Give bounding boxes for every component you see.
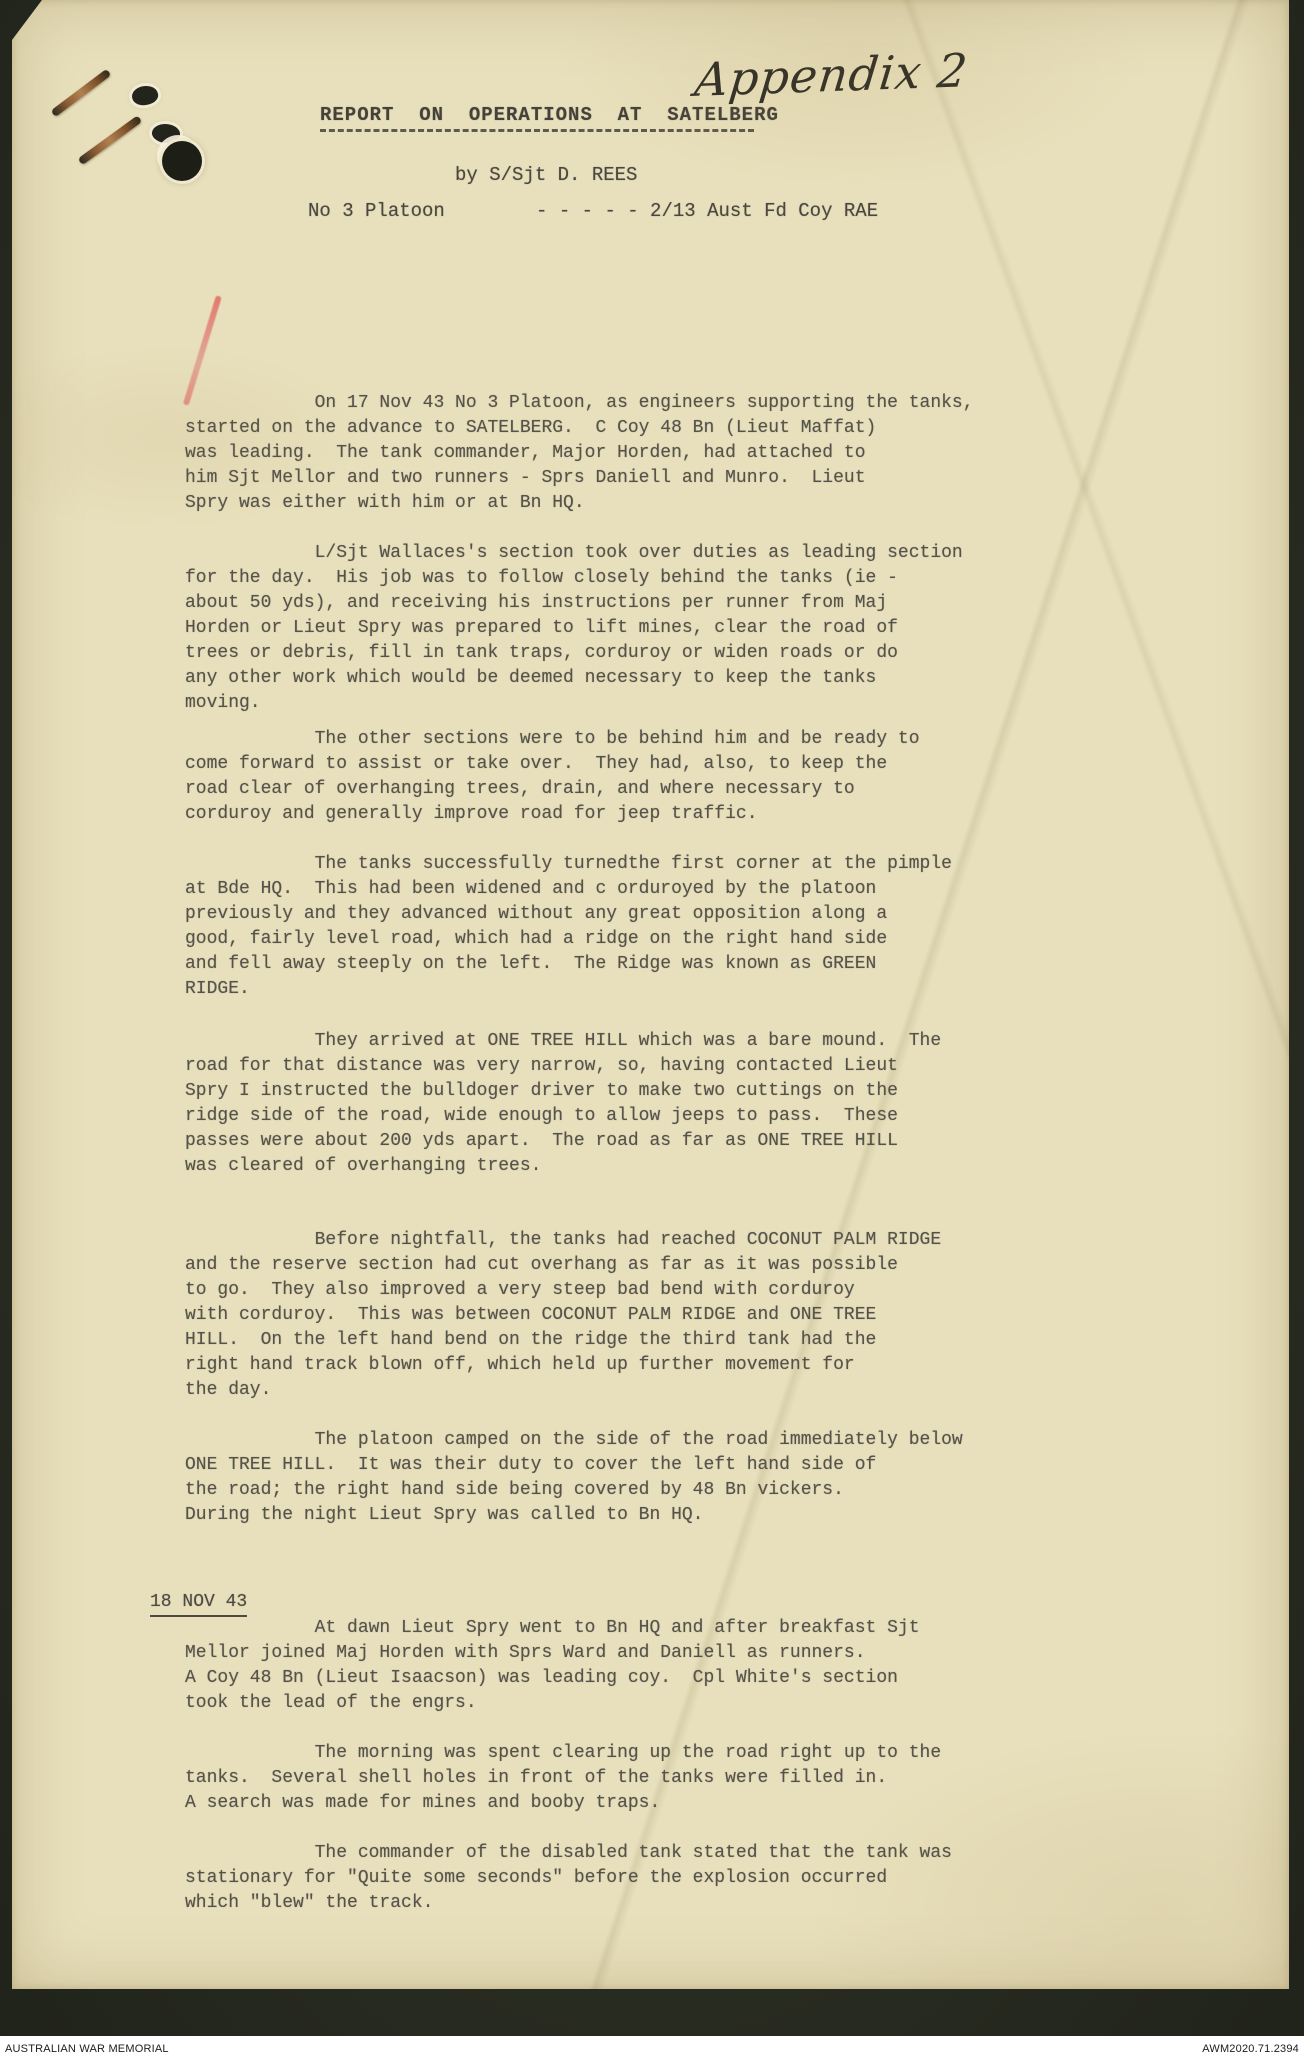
appendix-annotation: Appendix 2	[692, 43, 970, 107]
scan-background: Appendix 2 REPORT ON OPERATIONS AT SATEL…	[0, 0, 1304, 2061]
title-underline	[320, 129, 754, 132]
paragraph-9: The morning was spent clearing up the ro…	[185, 1741, 941, 1816]
paragraph-8: At dawn Lieut Spry went to Bn HQ and aft…	[185, 1616, 920, 1716]
paragraph-1: On 17 Nov 43 No 3 Platoon, as engineers …	[185, 391, 974, 516]
report-byline: by S/Sjt D. REES	[455, 164, 637, 186]
catalog-number: AWM2020.71.2394	[1202, 2043, 1299, 2055]
paragraph-4: The tanks successfully turnedthe first c…	[185, 852, 952, 1002]
archive-footer: AUSTRALIAN WAR MEMORIAL AWM2020.71.2394	[0, 2036, 1304, 2061]
report-unit-line: No 3 Platoon - - - - - 2/13 Aust Fd Coy …	[308, 200, 878, 222]
paragraph-10: The commander of the disabled tank state…	[185, 1841, 952, 1916]
paragraph-6: Before nightfall, the tanks had reached …	[185, 1228, 941, 1403]
paragraph-5: They arrived at ONE TREE HILL which was …	[185, 1029, 941, 1179]
paragraph-7: The platoon camped on the side of the ro…	[185, 1428, 963, 1528]
report-title: REPORT ON OPERATIONS AT SATELBERG	[320, 104, 779, 126]
section-heading-date: 18 NOV 43	[150, 1592, 247, 1617]
punch-hole	[162, 141, 202, 181]
paragraph-2: L/Sjt Wallaces's section took over dutie…	[185, 541, 963, 716]
archive-name: AUSTRALIAN WAR MEMORIAL	[5, 2043, 169, 2055]
paragraph-3: The other sections were to be behind him…	[185, 727, 920, 827]
